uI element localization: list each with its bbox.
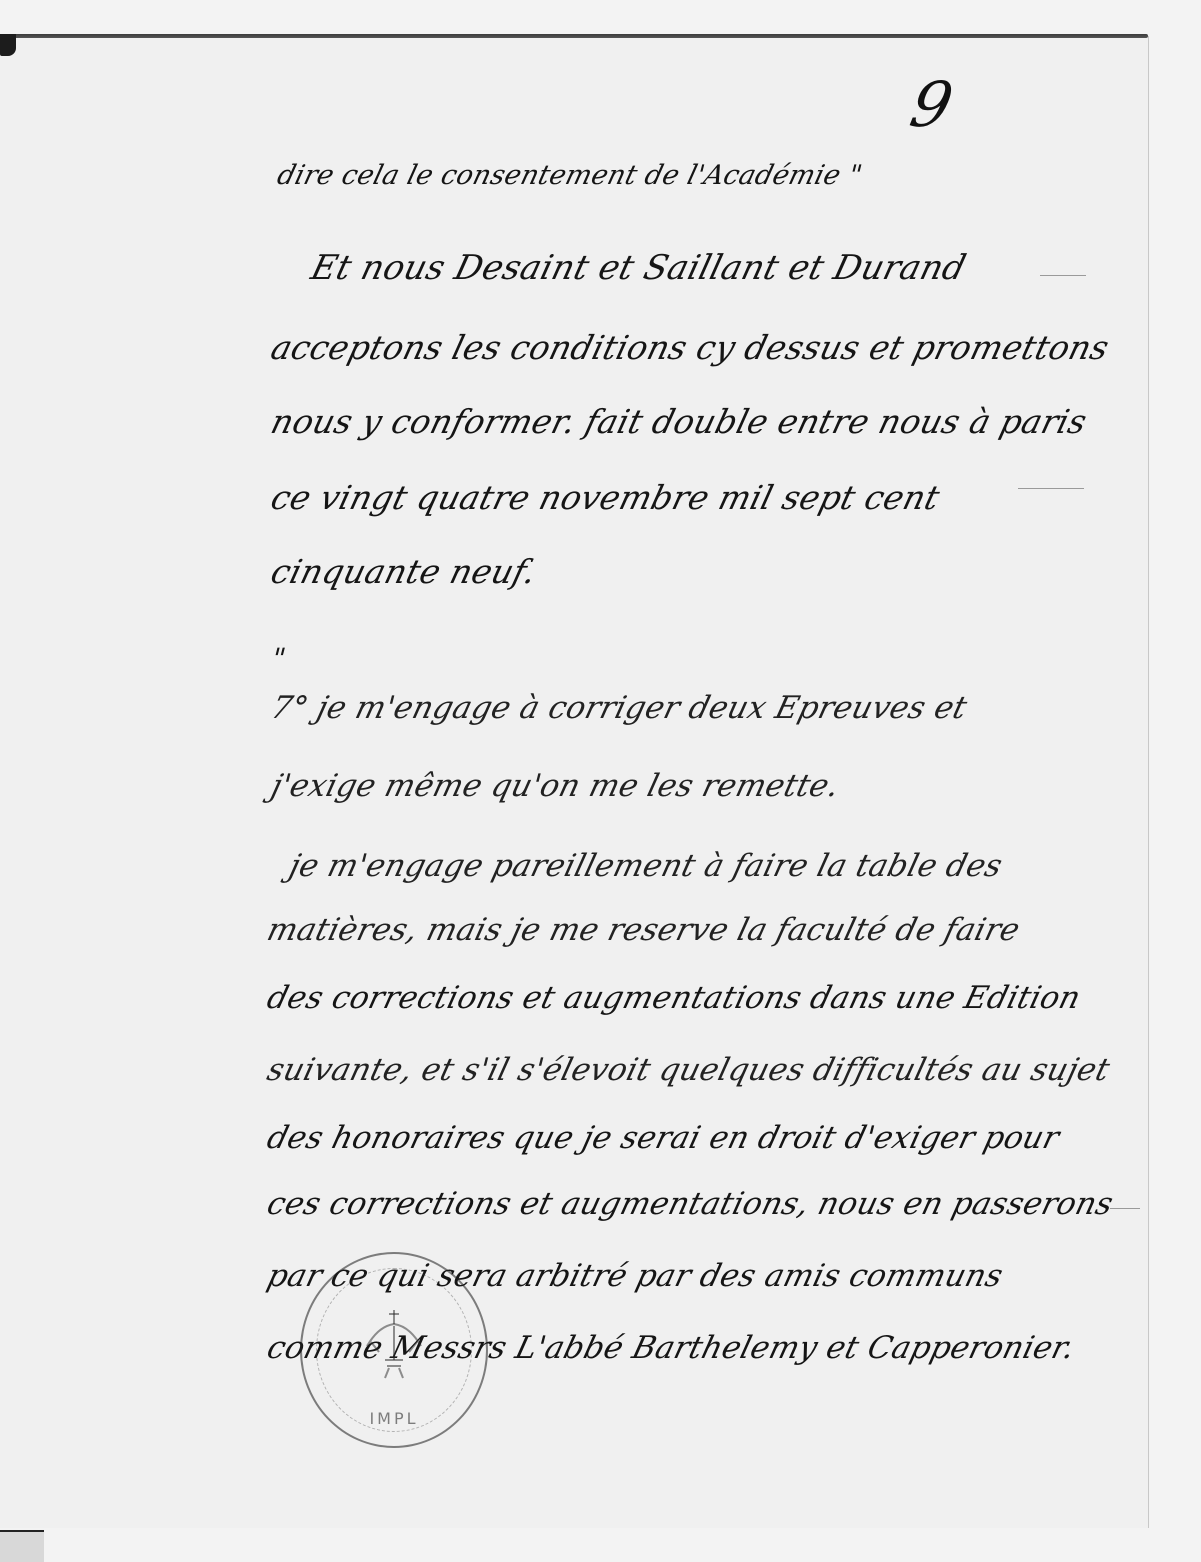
stamp-text: IMPL xyxy=(302,1409,486,1428)
page-bottom-edge xyxy=(0,1530,44,1562)
text-line: suivante, et s'il s'élevoit quelques dif… xyxy=(264,1052,1114,1088)
text-line: Et nous Desaint et Saillant et Durand xyxy=(307,248,970,288)
text-line: ces corrections et augmentations, nous e… xyxy=(264,1186,1117,1222)
text-line: cinquante neuf. xyxy=(267,552,540,591)
eagle-icon xyxy=(359,1302,429,1382)
text-line: des corrections et augmentations dans un… xyxy=(264,980,1085,1016)
text-line: des honoraires que je serai en droit d'e… xyxy=(264,1120,1063,1156)
line-filler-dash xyxy=(1040,275,1086,276)
text-line: nous y conformer. fait double entre nous… xyxy=(267,402,1091,441)
text-line: dire cela le consentement de l'Académie … xyxy=(274,160,865,191)
line-filler-dash xyxy=(1110,1208,1140,1209)
text-line: matières, mais je me reserve la faculté … xyxy=(264,912,1024,948)
text-line: je m'engage pareillement à faire la tabl… xyxy=(286,848,1006,884)
line-filler-dash xyxy=(1018,488,1084,489)
corner-ink-blot xyxy=(0,34,16,56)
text-line: 7° je m'engage à corriger deux Epreuves … xyxy=(268,690,971,726)
library-stamp: IMPL xyxy=(300,1252,488,1448)
page-top-edge xyxy=(0,34,1148,38)
text-line: ce vingt quatre novembre mil sept cent xyxy=(267,478,944,517)
text-line: acceptons les conditions cy dessus et pr… xyxy=(267,328,1113,367)
text-line: j'exige même qu'on me les remette. xyxy=(268,768,843,804)
